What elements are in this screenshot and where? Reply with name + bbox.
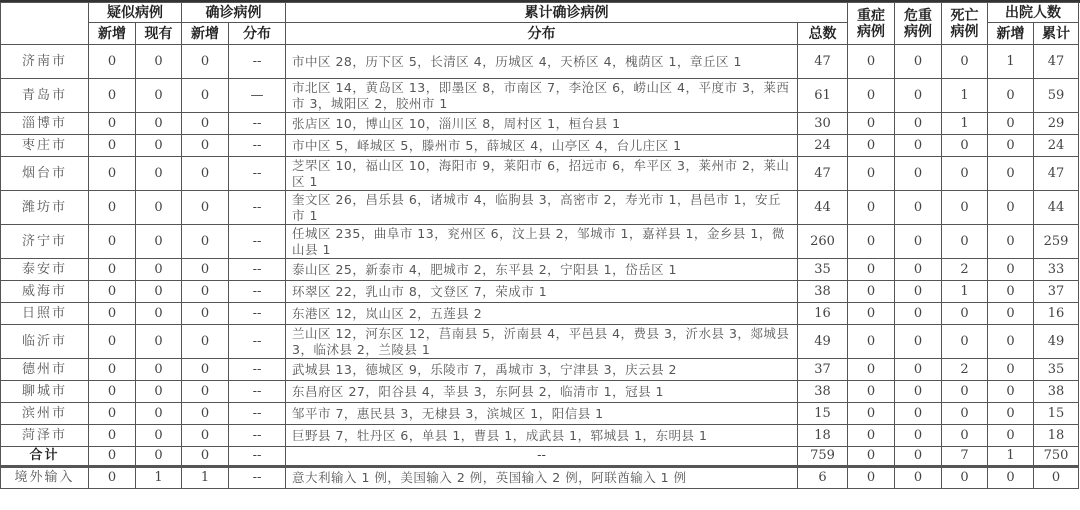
cell-death: 1 [942, 79, 988, 113]
cell-severe: 0 [848, 45, 895, 79]
cell-severe: 0 [848, 225, 895, 259]
cell-death: 7 [942, 447, 988, 467]
cell-s-new: 0 [89, 113, 136, 135]
cell-total: 6 [798, 467, 848, 489]
cell-critical: 0 [895, 325, 942, 359]
cell-d-total: 750 [1034, 447, 1079, 467]
cell-total: 44 [798, 191, 848, 225]
cell-severe: 0 [848, 381, 895, 403]
cell-c-dist: -- [229, 45, 286, 79]
cell-death: 0 [942, 157, 988, 191]
table-row: 枣庄市000--市中区 5，峄城区 5，滕州市 5，薛城区 4，山亭区 4，台儿… [1, 135, 1079, 157]
cell-d-new: 0 [988, 281, 1034, 303]
header-suspected-new: 新增 [89, 23, 136, 45]
header-death: 死亡病例 [942, 3, 988, 45]
cell-total: 16 [798, 303, 848, 325]
cell-d-new: 1 [988, 45, 1034, 79]
cell-critical: 0 [895, 191, 942, 225]
cell-critical: 0 [895, 467, 942, 489]
cell-dist: 东港区 12，岚山区 2，五莲县 2 [286, 303, 798, 325]
cell-total: 49 [798, 325, 848, 359]
cell-dist: 环翠区 22，乳山市 8，文登区 7，荣成市 1 [286, 281, 798, 303]
cell-c-dist: — [229, 79, 286, 113]
cell-critical: 0 [895, 259, 942, 281]
table-row: 潍坊市000--奎文区 26，昌乐县 6，诸城市 4，临朐县 3，高密市 2，寿… [1, 191, 1079, 225]
cell-dist: 张店区 10，博山区 10，淄川区 8，周村区 1，桓台县 1 [286, 113, 798, 135]
table-row: 青岛市000—市北区 14，黄岛区 13，即墨区 8，市南区 7，李沧区 6，崂… [1, 79, 1079, 113]
cell-d-total: 38 [1034, 381, 1079, 403]
cell-c-new: 1 [182, 467, 229, 489]
cell-s-new: 0 [89, 447, 136, 467]
cell-s-new: 0 [89, 359, 136, 381]
cell-dist: -- [286, 447, 798, 467]
cell-city: 泰安市 [1, 259, 89, 281]
cell-critical: 0 [895, 79, 942, 113]
cell-s-new: 0 [89, 225, 136, 259]
cell-death: 2 [942, 359, 988, 381]
cell-d-total: 37 [1034, 281, 1079, 303]
cell-s-new: 0 [89, 157, 136, 191]
cell-total: 47 [798, 157, 848, 191]
cell-s-existing: 0 [136, 425, 182, 447]
cell-dist: 市北区 14，黄岛区 13，即墨区 8，市南区 7，李沧区 6，崂山区 4，平度… [286, 79, 798, 113]
cell-severe: 0 [848, 467, 895, 489]
cell-death: 0 [942, 381, 988, 403]
cell-city: 菏泽市 [1, 425, 89, 447]
cell-s-new: 0 [89, 425, 136, 447]
cell-dist: 兰山区 12，河东区 12，莒南县 5，沂南县 4，平邑县 4，费县 3，沂水县… [286, 325, 798, 359]
cell-d-total: 33 [1034, 259, 1079, 281]
cell-dist: 意大利输入 1 例，美国输入 2 例，英国输入 2 例，阿联酋输入 1 例 [286, 467, 798, 489]
cell-c-new: 0 [182, 447, 229, 467]
cell-s-existing: 0 [136, 45, 182, 79]
cell-d-total: 59 [1034, 79, 1079, 113]
cell-s-existing: 0 [136, 359, 182, 381]
cell-severe: 0 [848, 281, 895, 303]
cell-critical: 0 [895, 113, 942, 135]
cell-c-new: 0 [182, 425, 229, 447]
cell-d-new: 0 [988, 79, 1034, 113]
cell-dist: 邹平市 7，惠民县 3，无棣县 3，滨城区 1，阳信县 1 [286, 403, 798, 425]
cell-s-new: 0 [89, 259, 136, 281]
cell-total: 260 [798, 225, 848, 259]
cell-dist: 奎文区 26，昌乐县 6，诸城市 4，临朐县 3，高密市 2，寿光市 1，昌邑市… [286, 191, 798, 225]
header-confirmed: 确诊病例 [182, 3, 286, 23]
cell-c-dist: -- [229, 191, 286, 225]
cell-dist: 泰山区 25，新泰市 4，肥城市 2，东平县 2，宁阳县 1，岱岳区 1 [286, 259, 798, 281]
cell-s-existing: 0 [136, 447, 182, 467]
cell-s-new: 0 [89, 45, 136, 79]
table-row: 淄博市000--张店区 10，博山区 10，淄川区 8，周村区 1，桓台县 13… [1, 113, 1079, 135]
header-discharged-total: 累计 [1034, 23, 1079, 45]
cell-critical: 0 [895, 381, 942, 403]
cell-c-dist: -- [229, 425, 286, 447]
cell-d-new: 0 [988, 135, 1034, 157]
cell-d-new: 0 [988, 303, 1034, 325]
cell-s-new: 0 [89, 381, 136, 403]
cell-d-total: 35 [1034, 359, 1079, 381]
cell-c-dist: -- [229, 281, 286, 303]
table-row: 滨州市000--邹平市 7，惠民县 3，无棣县 3，滨城区 1，阳信县 1150… [1, 403, 1079, 425]
cell-d-total: 49 [1034, 325, 1079, 359]
table-row: 德州市000--武城县 13，德城区 9，乐陵市 7，禹城市 3，宁津县 3，庆… [1, 359, 1079, 381]
cell-death: 0 [942, 225, 988, 259]
cell-s-existing: 0 [136, 135, 182, 157]
cell-critical: 0 [895, 45, 942, 79]
cell-c-new: 0 [182, 281, 229, 303]
cell-s-existing: 0 [136, 79, 182, 113]
cell-s-new: 0 [89, 303, 136, 325]
cell-dist: 市中区 28，历下区 5，长清区 4，历城区 4，天桥区 4，槐荫区 1，章丘区… [286, 45, 798, 79]
header-discharged-new: 新增 [988, 23, 1034, 45]
cell-d-new: 0 [988, 157, 1034, 191]
cell-city: 境外输入 [1, 467, 89, 489]
total-row: 合计000----7590071750 [1, 447, 1079, 467]
cell-s-new: 0 [89, 281, 136, 303]
cell-critical: 0 [895, 403, 942, 425]
cell-c-dist: -- [229, 381, 286, 403]
cell-city: 合计 [1, 447, 89, 467]
cell-total: 35 [798, 259, 848, 281]
cell-total: 38 [798, 381, 848, 403]
cell-s-new: 0 [89, 135, 136, 157]
cell-critical: 0 [895, 425, 942, 447]
cell-city: 烟台市 [1, 157, 89, 191]
cell-total: 24 [798, 135, 848, 157]
cell-s-existing: 0 [136, 225, 182, 259]
cell-d-new: 0 [988, 225, 1034, 259]
cell-death: 0 [942, 303, 988, 325]
cell-d-new: 0 [988, 359, 1034, 381]
header-cumulative: 累计确诊病例 [286, 3, 848, 23]
cell-d-total: 44 [1034, 191, 1079, 225]
cell-d-new: 0 [988, 191, 1034, 225]
cell-total: 37 [798, 359, 848, 381]
cell-c-new: 0 [182, 259, 229, 281]
cell-severe: 0 [848, 425, 895, 447]
cell-s-existing: 0 [136, 157, 182, 191]
cell-city: 潍坊市 [1, 191, 89, 225]
cell-d-new: 0 [988, 381, 1034, 403]
header-cumulative-dist: 分布 [286, 23, 798, 45]
cell-c-dist: -- [229, 157, 286, 191]
table-row: 威海市000--环翠区 22，乳山市 8，文登区 7，荣成市 138001037 [1, 281, 1079, 303]
cell-critical: 0 [895, 359, 942, 381]
cell-total: 61 [798, 79, 848, 113]
cell-c-dist: -- [229, 447, 286, 467]
cell-critical: 0 [895, 447, 942, 467]
cell-severe: 0 [848, 447, 895, 467]
cell-critical: 0 [895, 303, 942, 325]
cell-c-new: 0 [182, 157, 229, 191]
cell-d-total: 18 [1034, 425, 1079, 447]
table-row: 菏泽市000--巨野县 7，牡丹区 6，单县 1，曹县 1，成武县 1，郓城县 … [1, 425, 1079, 447]
cell-s-existing: 0 [136, 381, 182, 403]
cell-c-new: 0 [182, 191, 229, 225]
cell-total: 30 [798, 113, 848, 135]
cell-d-total: 29 [1034, 113, 1079, 135]
header-suspected: 疑似病例 [89, 3, 182, 23]
cell-s-existing: 0 [136, 403, 182, 425]
cell-c-dist: -- [229, 359, 286, 381]
cell-dist: 芝罘区 10，福山区 10，海阳市 9，莱阳市 6，招远市 6，牟平区 3，莱州… [286, 157, 798, 191]
cell-total: 47 [798, 45, 848, 79]
cell-critical: 0 [895, 225, 942, 259]
cell-c-new: 0 [182, 359, 229, 381]
cell-city: 临沂市 [1, 325, 89, 359]
cell-c-new: 0 [182, 381, 229, 403]
cell-death: 0 [942, 467, 988, 489]
cell-d-new: 0 [988, 425, 1034, 447]
cell-c-dist: -- [229, 225, 286, 259]
cell-city: 济南市 [1, 45, 89, 79]
cell-dist: 东昌府区 27，阳谷县 4，莘县 3，东阿县 2，临清市 1，冠县 1 [286, 381, 798, 403]
cell-d-total: 16 [1034, 303, 1079, 325]
cell-c-new: 0 [182, 79, 229, 113]
cell-d-total: 47 [1034, 45, 1079, 79]
cell-c-new: 0 [182, 225, 229, 259]
header-confirmed-new: 新增 [182, 23, 229, 45]
cell-city: 淄博市 [1, 113, 89, 135]
cell-severe: 0 [848, 135, 895, 157]
cell-city: 济宁市 [1, 225, 89, 259]
cell-c-new: 0 [182, 303, 229, 325]
cell-s-new: 0 [89, 325, 136, 359]
cell-c-dist: -- [229, 467, 286, 489]
header-discharged: 出院人数 [988, 3, 1079, 23]
cell-s-existing: 0 [136, 191, 182, 225]
cell-s-new: 0 [89, 467, 136, 489]
cell-total: 38 [798, 281, 848, 303]
cell-severe: 0 [848, 325, 895, 359]
cell-dist: 武城县 13，德城区 9，乐陵市 7，禹城市 3，宁津县 3，庆云县 2 [286, 359, 798, 381]
cell-s-new: 0 [89, 191, 136, 225]
table-row: 泰安市000--泰山区 25，新泰市 4，肥城市 2，东平县 2，宁阳县 1，岱… [1, 259, 1079, 281]
table-row: 聊城市000--东昌府区 27，阳谷县 4，莘县 3，东阿县 2，临清市 1，冠… [1, 381, 1079, 403]
cell-city: 青岛市 [1, 79, 89, 113]
cell-severe: 0 [848, 259, 895, 281]
cell-c-dist: -- [229, 303, 286, 325]
table-row: 烟台市000--芝罘区 10，福山区 10，海阳市 9，莱阳市 6，招远市 6，… [1, 157, 1079, 191]
cell-death: 2 [942, 259, 988, 281]
cell-d-total: 15 [1034, 403, 1079, 425]
header-confirmed-dist: 分布 [229, 23, 286, 45]
cell-total: 18 [798, 425, 848, 447]
cell-severe: 0 [848, 359, 895, 381]
cell-d-total: 47 [1034, 157, 1079, 191]
cell-death: 1 [942, 113, 988, 135]
cell-d-total: 0 [1034, 467, 1079, 489]
covid-stats-table: 疑似病例 确诊病例 累计确诊病例 重症病例 危重病例 死亡病例 出院人数 新增 … [0, 2, 1079, 489]
cell-s-new: 0 [89, 79, 136, 113]
cell-c-dist: -- [229, 325, 286, 359]
cell-s-existing: 0 [136, 281, 182, 303]
cell-s-existing: 0 [136, 325, 182, 359]
cell-city: 滨州市 [1, 403, 89, 425]
cell-death: 0 [942, 403, 988, 425]
cell-death: 0 [942, 191, 988, 225]
cell-dist: 市中区 5，峄城区 5，滕州市 5，薛城区 4，山亭区 4，台儿庄区 1 [286, 135, 798, 157]
cell-dist: 任城区 235，曲阜市 13，兖州区 6，汶上县 2，邹城市 1，嘉祥县 1，金… [286, 225, 798, 259]
table-row: 日照市000--东港区 12，岚山区 2，五莲县 216000016 [1, 303, 1079, 325]
cell-d-new: 0 [988, 467, 1034, 489]
cell-s-existing: 0 [136, 259, 182, 281]
cell-total: 759 [798, 447, 848, 467]
header-critical: 危重病例 [895, 3, 942, 45]
cell-death: 0 [942, 425, 988, 447]
cell-c-dist: -- [229, 403, 286, 425]
cell-death: 1 [942, 281, 988, 303]
cell-c-new: 0 [182, 45, 229, 79]
cell-death: 0 [942, 135, 988, 157]
header-severe: 重症病例 [848, 3, 895, 45]
cell-city: 威海市 [1, 281, 89, 303]
cell-c-dist: -- [229, 259, 286, 281]
cell-d-new: 0 [988, 403, 1034, 425]
cell-d-new: 1 [988, 447, 1034, 467]
cell-city: 聊城市 [1, 381, 89, 403]
cell-city: 日照市 [1, 303, 89, 325]
cell-severe: 0 [848, 303, 895, 325]
cell-severe: 0 [848, 191, 895, 225]
cell-city: 枣庄市 [1, 135, 89, 157]
table-row: 济南市000--市中区 28，历下区 5，长清区 4，历城区 4，天桥区 4，槐… [1, 45, 1079, 79]
cell-severe: 0 [848, 403, 895, 425]
cell-d-new: 0 [988, 113, 1034, 135]
cell-d-new: 0 [988, 325, 1034, 359]
cell-c-new: 0 [182, 113, 229, 135]
header-cumulative-total: 总数 [798, 23, 848, 45]
cell-critical: 0 [895, 135, 942, 157]
cell-c-new: 0 [182, 325, 229, 359]
cell-c-new: 0 [182, 403, 229, 425]
cell-severe: 0 [848, 79, 895, 113]
header-suspected-existing: 现有 [136, 23, 182, 45]
cell-death: 0 [942, 45, 988, 79]
cell-d-new: 0 [988, 259, 1034, 281]
cell-c-dist: -- [229, 135, 286, 157]
cell-critical: 0 [895, 281, 942, 303]
cell-critical: 0 [895, 157, 942, 191]
cell-d-total: 24 [1034, 135, 1079, 157]
cell-total: 15 [798, 403, 848, 425]
cell-s-existing: 0 [136, 303, 182, 325]
imported-row: 境外输入011--意大利输入 1 例，美国输入 2 例，英国输入 2 例，阿联酋… [1, 467, 1079, 489]
cell-severe: 0 [848, 157, 895, 191]
cell-s-new: 0 [89, 403, 136, 425]
cell-severe: 0 [848, 113, 895, 135]
cell-s-existing: 1 [136, 467, 182, 489]
table-row: 临沂市000--兰山区 12，河东区 12，莒南县 5，沂南县 4，平邑县 4，… [1, 325, 1079, 359]
table-row: 济宁市000--任城区 235，曲阜市 13，兖州区 6，汶上县 2，邹城市 1… [1, 225, 1079, 259]
cell-d-total: 259 [1034, 225, 1079, 259]
header-city [1, 3, 89, 45]
cell-s-existing: 0 [136, 113, 182, 135]
cell-death: 0 [942, 325, 988, 359]
cell-c-dist: -- [229, 113, 286, 135]
cell-city: 德州市 [1, 359, 89, 381]
cell-c-new: 0 [182, 135, 229, 157]
cell-dist: 巨野县 7，牡丹区 6，单县 1，曹县 1，成武县 1，郓城县 1，东明县 1 [286, 425, 798, 447]
